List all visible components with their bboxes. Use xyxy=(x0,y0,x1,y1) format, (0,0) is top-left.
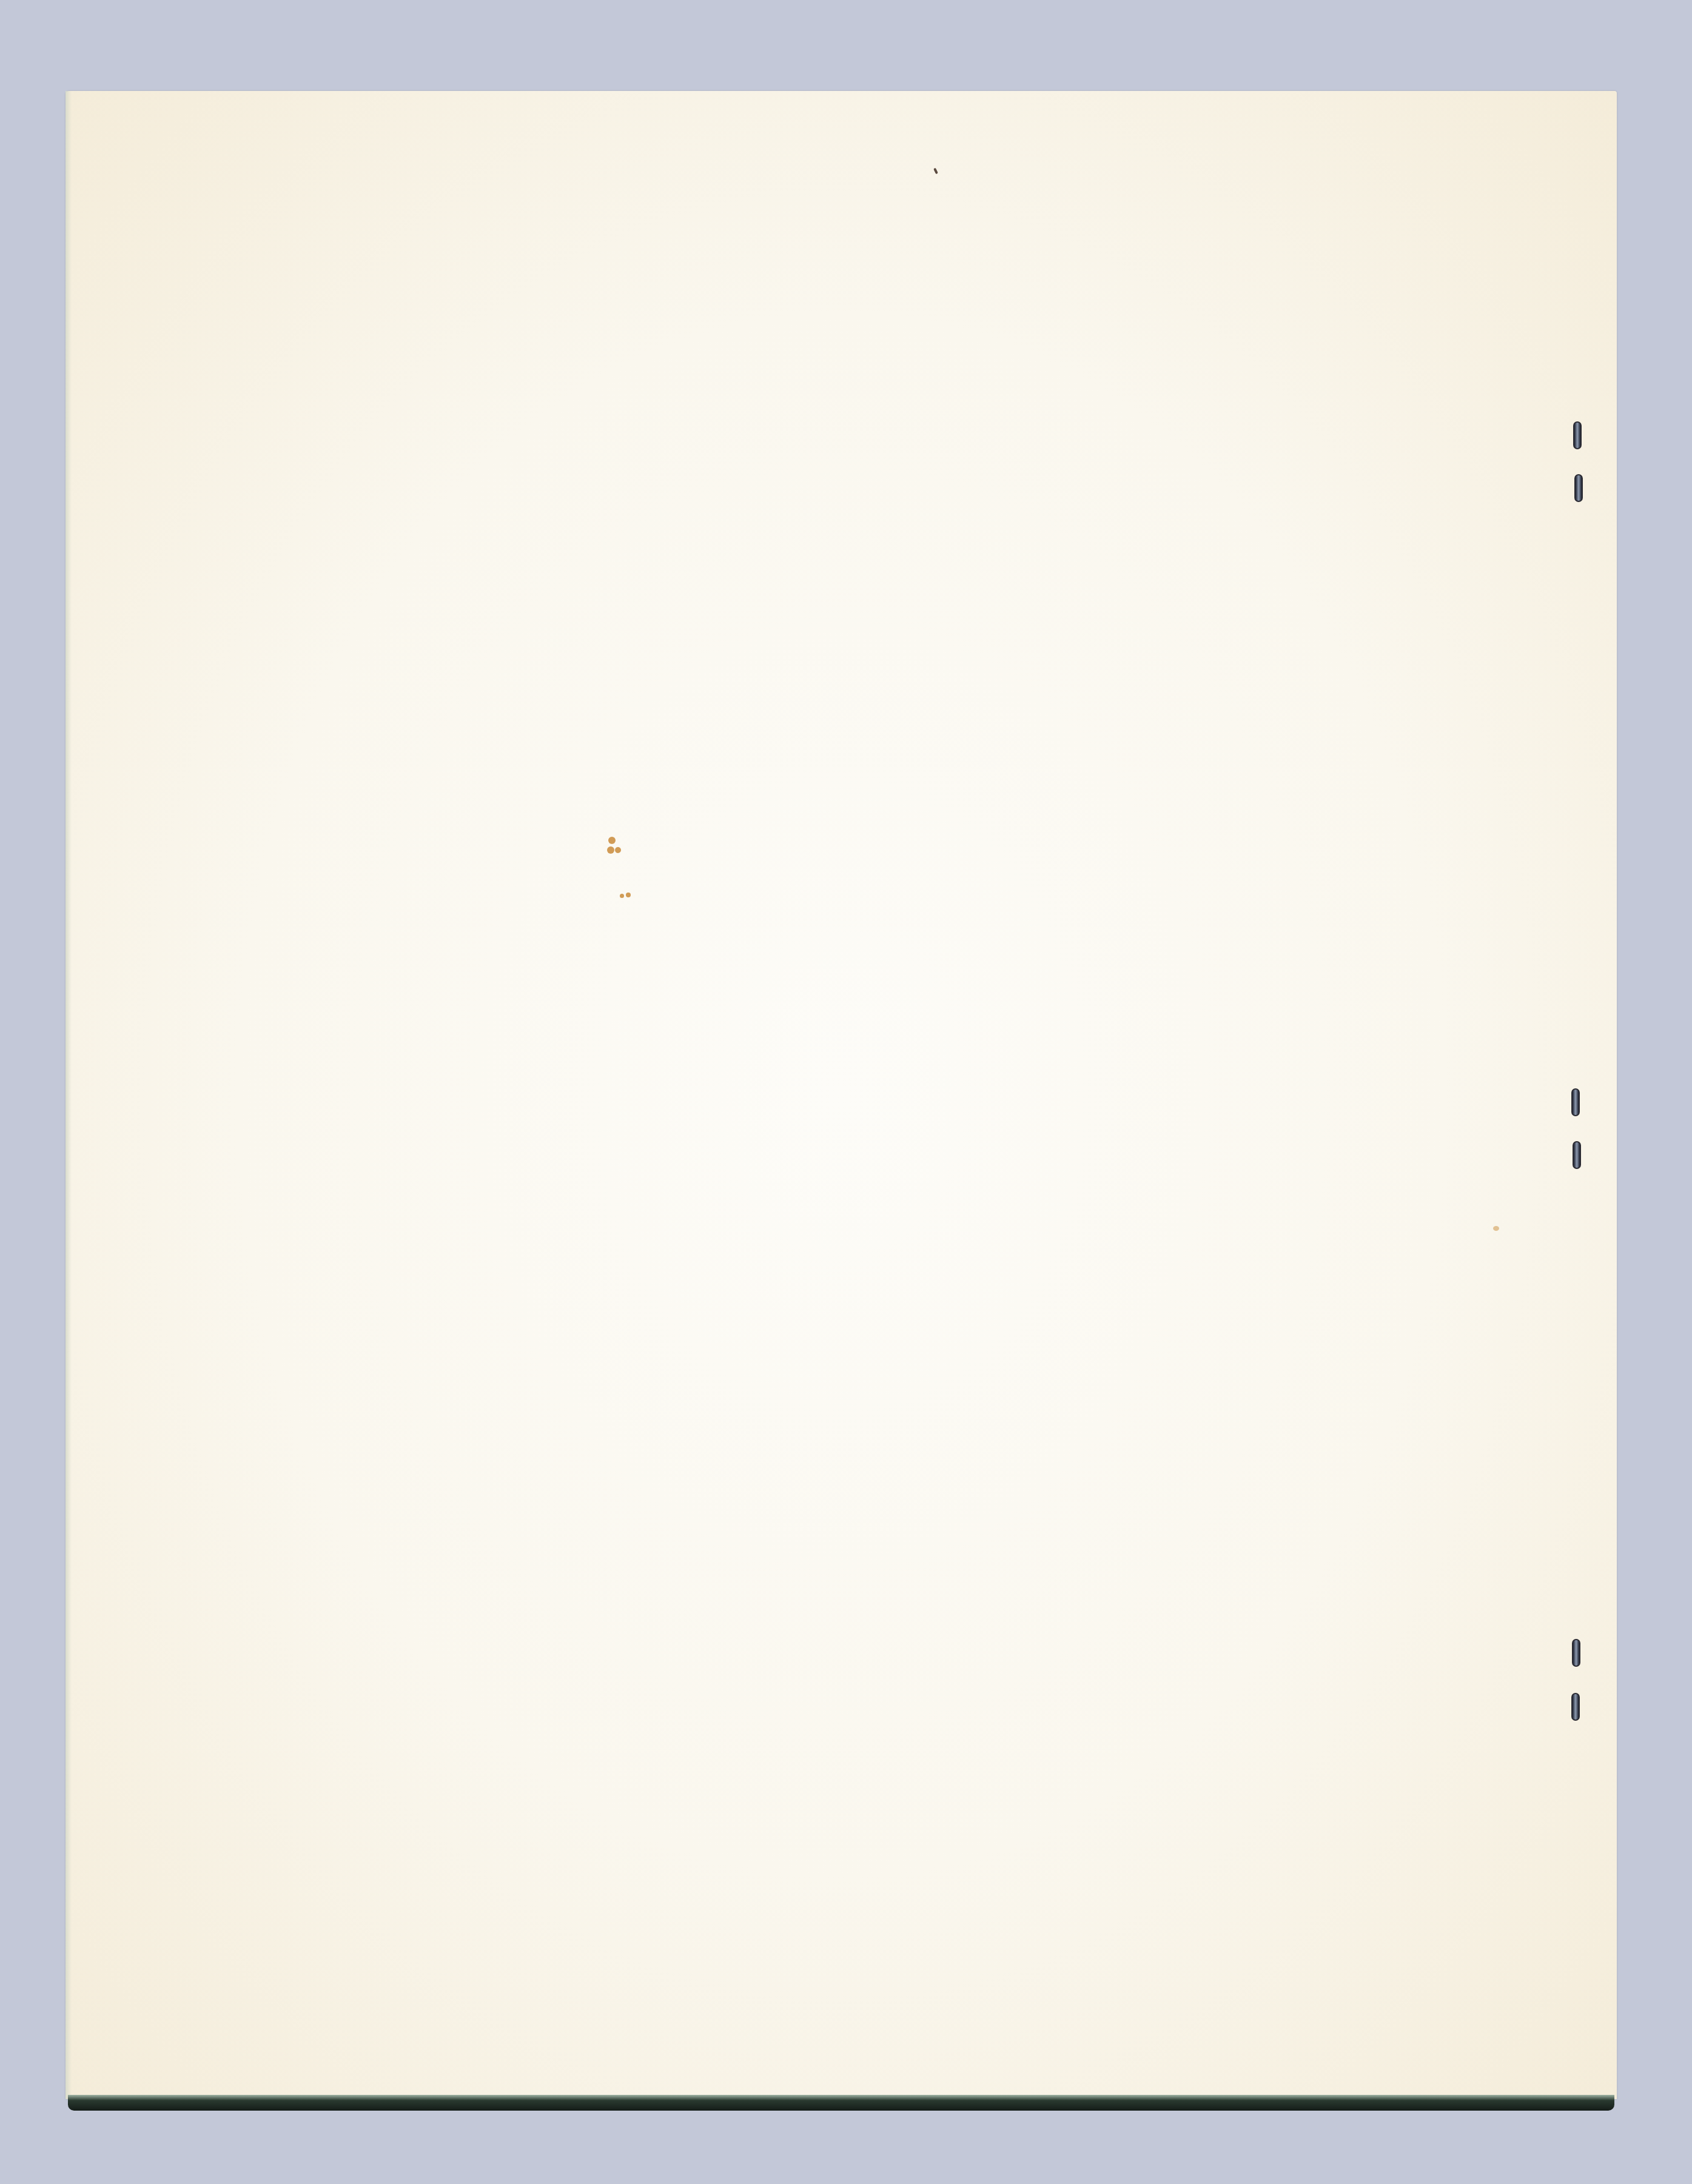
staple-icon xyxy=(1573,1141,1581,1169)
foxing-stain xyxy=(620,894,624,898)
staple-icon xyxy=(1571,1088,1580,1116)
foxing-stain xyxy=(608,837,616,844)
staple-icon xyxy=(1574,474,1583,502)
spine-bottom-edge xyxy=(68,2095,1614,2111)
foxing-stain xyxy=(1493,1226,1499,1231)
staple-icon xyxy=(1572,1639,1580,1667)
booklet-back-cover xyxy=(65,91,1617,2099)
staple-icon xyxy=(1571,1693,1580,1721)
foxing-stain xyxy=(626,893,631,897)
foxing-stain xyxy=(615,847,621,853)
staple-icon xyxy=(1573,421,1582,449)
foxing-stain xyxy=(607,846,614,854)
